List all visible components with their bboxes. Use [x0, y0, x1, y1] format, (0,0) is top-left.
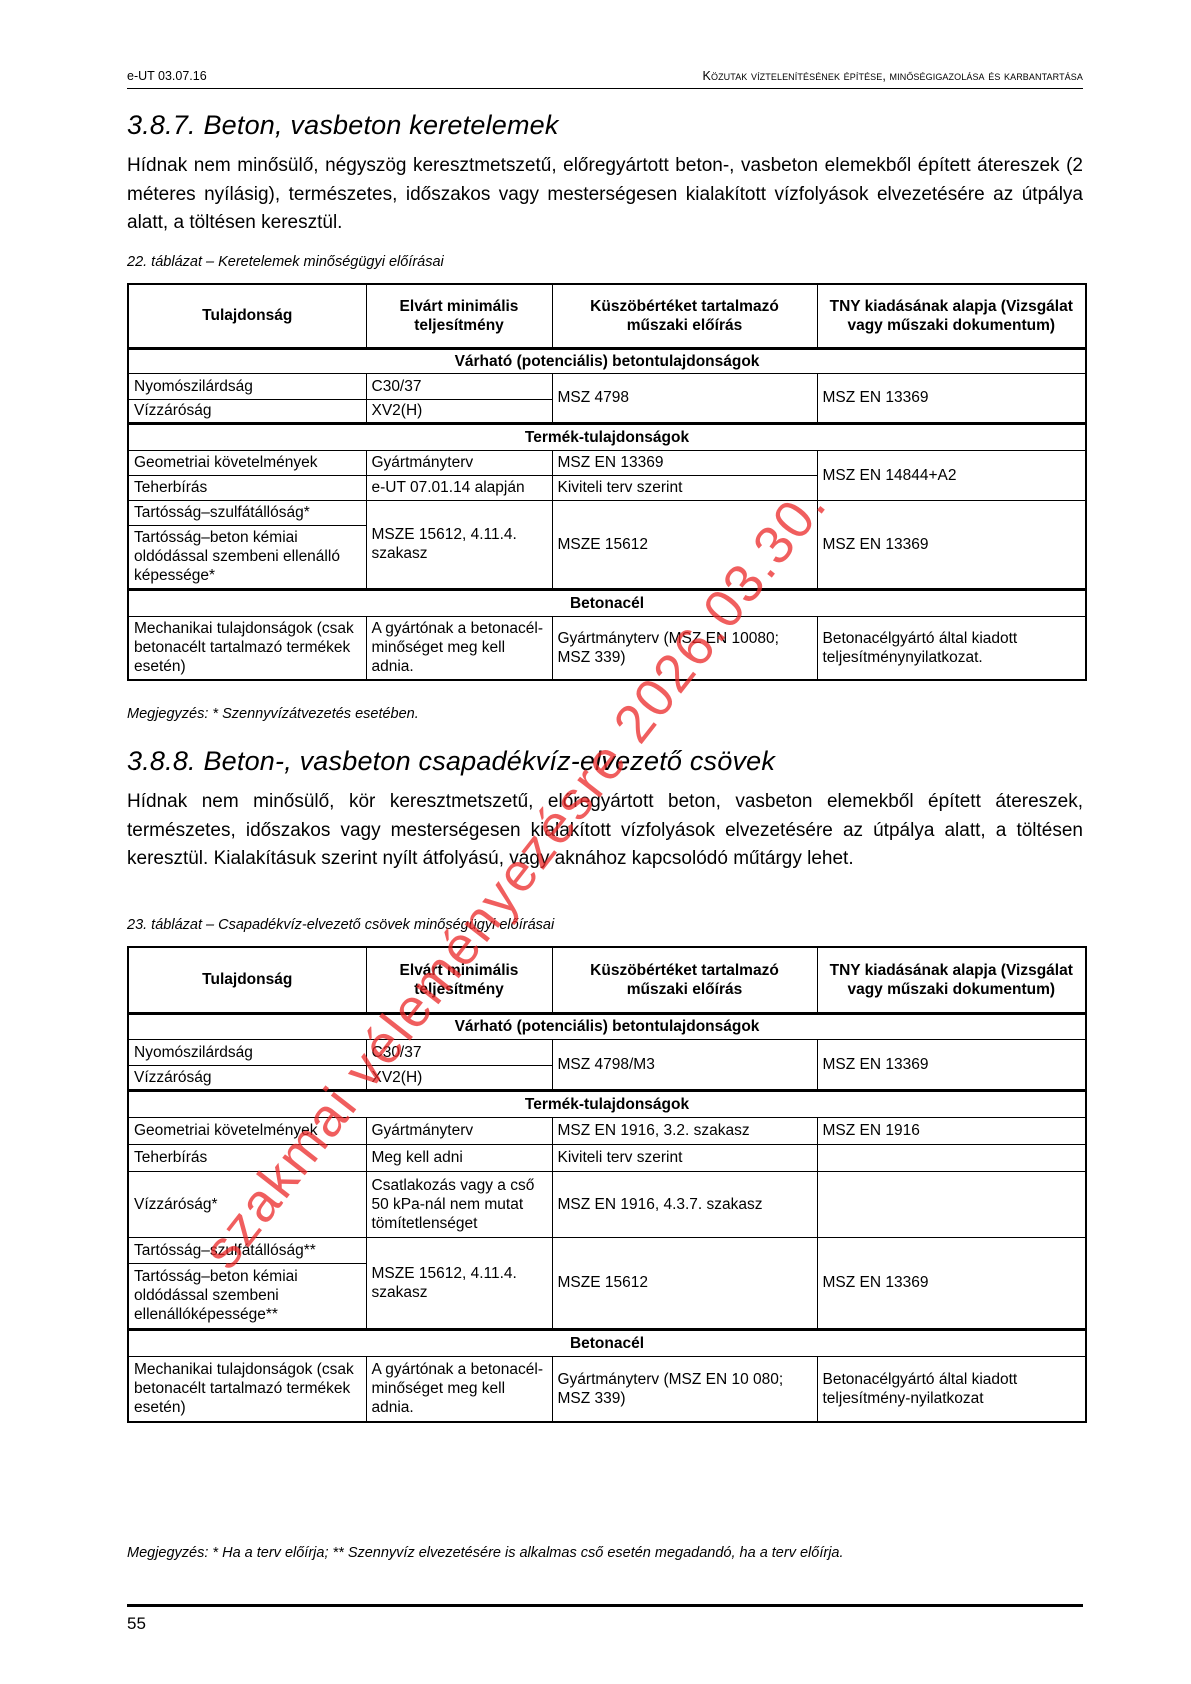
table-cell: Mechanikai tulajdonságok (csak betonacél…	[128, 1356, 366, 1422]
table-cell: Tartósság–beton kémiai oldódással szembe…	[128, 1263, 366, 1329]
table-23-caption: 23. táblázat – Csapadékvíz-elvezető csöv…	[127, 917, 554, 933]
table-cell: MSZ EN 1916, 4.3.7. szakasz	[552, 1171, 817, 1237]
table-cell: Kiviteli terv szerint	[552, 475, 817, 500]
table-cell: MSZ EN 13369	[817, 1237, 1086, 1329]
footer-divider	[127, 1604, 1083, 1607]
table-cell: Geometriai követelmények	[128, 1117, 366, 1144]
table-cell	[817, 1171, 1086, 1237]
table-cell: Teherbírás	[128, 475, 366, 500]
table-cell: Geometriai követelmények	[128, 450, 366, 475]
table-23: Tulajdonság Elvárt minimális teljesítmén…	[127, 946, 1087, 1423]
table-22: Tulajdonság Elvárt minimális teljesítmén…	[127, 283, 1087, 681]
table-22-caption: 22. táblázat – Keretelemek minőségügyi e…	[127, 254, 444, 270]
table-cell: MSZE 15612	[552, 1237, 817, 1329]
table-cell: XV2(H)	[366, 399, 552, 423]
section-paragraph-388: Hídnak nem minősülő, kör keresztmetszetű…	[127, 788, 1083, 874]
table-cell: Nyomószilárdság	[128, 1039, 366, 1065]
page-header: e-UT 03.07.16 Közutak víztelenítésének é…	[127, 66, 1083, 89]
section-row: Várható (potenciális) betontulajdonságok	[128, 348, 1086, 373]
table-cell: A gyártónak a betonacél-minőséget meg ke…	[366, 1356, 552, 1422]
table-cell: MSZE 15612, 4.11.4. szakasz	[366, 500, 552, 589]
table-cell: Tartósság–beton kémiai oldódással szembe…	[128, 525, 366, 589]
table-cell: MSZ EN 1916, 3.2. szakasz	[552, 1117, 817, 1144]
col-header: Tulajdonság	[128, 947, 366, 1013]
table-cell: Betonacélgyártó által kiadott teljesítmé…	[817, 616, 1086, 680]
table-cell: Kiviteli terv szerint	[552, 1144, 817, 1171]
table-cell: Gyártmányterv	[366, 450, 552, 475]
table-cell: Gyártmányterv	[366, 1117, 552, 1144]
section-heading-388: 3.8.8. Beton-, vasbeton csapadékvíz-elve…	[127, 746, 775, 777]
col-header: TNY kiadásának alapja (Vizsgálat vagy mű…	[817, 284, 1086, 348]
section-heading-387: 3.8.7. Beton, vasbeton keretelemek	[127, 110, 559, 141]
table-cell: Vízzáróság*	[128, 1171, 366, 1237]
section-row: Betonacél	[128, 1329, 1086, 1356]
doc-title: Közutak víztelenítésének építése, minősé…	[703, 69, 1083, 83]
table-cell: Vízzáróság	[128, 1065, 366, 1090]
col-header: Elvárt minimális teljesítmény	[366, 284, 552, 348]
table-cell: Nyomószilárdság	[128, 373, 366, 399]
section-row: Termék-tulajdonságok	[128, 1090, 1086, 1117]
doc-code: e-UT 03.07.16	[127, 69, 207, 83]
table-cell: MSZ 4798/M3	[552, 1039, 817, 1090]
table-cell: C30/37	[366, 1039, 552, 1065]
table-cell: Csatlakozás vagy a cső 50 kPa-nál nem mu…	[366, 1171, 552, 1237]
table-cell: MSZ EN 13369	[817, 373, 1086, 423]
table-cell: MSZ EN 13369	[817, 1039, 1086, 1090]
section-paragraph-387: Hídnak nem minősülő, négyszög keresztmet…	[127, 152, 1083, 238]
section-row: Termék-tulajdonságok	[128, 423, 1086, 450]
table-cell: e-UT 07.01.14 alapján	[366, 475, 552, 500]
table-cell	[817, 1144, 1086, 1171]
table-cell: MSZ EN 14844+A2	[817, 450, 1086, 500]
table-cell: Meg kell adni	[366, 1144, 552, 1171]
col-header: Tulajdonság	[128, 284, 366, 348]
table-cell: C30/37	[366, 373, 552, 399]
table-cell: A gyártónak a betonacél-minőséget meg ke…	[366, 616, 552, 680]
table-cell: Gyártmányterv (MSZ EN 10080; MSZ 339)	[552, 616, 817, 680]
table-cell: Vízzáróság	[128, 399, 366, 423]
table-cell: Tartósság–szulfátállóság*	[128, 500, 366, 525]
table-cell: MSZE 15612	[552, 500, 817, 589]
table-23-note: Megjegyzés: * Ha a terv előírja; ** Szen…	[127, 1545, 844, 1561]
col-header: Küszöbértéket tartalmazó műszaki előírás	[552, 947, 817, 1013]
col-header: TNY kiadásának alapja (Vizsgálat vagy mű…	[817, 947, 1086, 1013]
table-cell: Tartósság–szulfátállóság**	[128, 1237, 366, 1263]
page-number: 55	[127, 1614, 146, 1634]
table-cell: Mechanikai tulajdonságok (csak betonacél…	[128, 616, 366, 680]
col-header: Küszöbértéket tartalmazó műszaki előírás	[552, 284, 817, 348]
section-row: Betonacél	[128, 589, 1086, 616]
table-cell: MSZ EN 13369	[817, 500, 1086, 589]
table-cell: MSZE 15612, 4.11.4. szakasz	[366, 1237, 552, 1329]
table-cell: Teherbírás	[128, 1144, 366, 1171]
table-cell: MSZ EN 13369	[552, 450, 817, 475]
table-cell: MSZ EN 1916	[817, 1117, 1086, 1144]
table-22-note: Megjegyzés: * Szennyvízátvezetés esetébe…	[127, 706, 419, 722]
section-row: Várható (potenciális) betontulajdonságok	[128, 1013, 1086, 1039]
table-cell: MSZ 4798	[552, 373, 817, 423]
table-cell: Gyártmányterv (MSZ EN 10 080; MSZ 339)	[552, 1356, 817, 1422]
table-cell: XV2(H)	[366, 1065, 552, 1090]
table-cell: Betonacélgyártó által kiadott teljesítmé…	[817, 1356, 1086, 1422]
col-header: Elvárt minimális teljesítmény	[366, 947, 552, 1013]
